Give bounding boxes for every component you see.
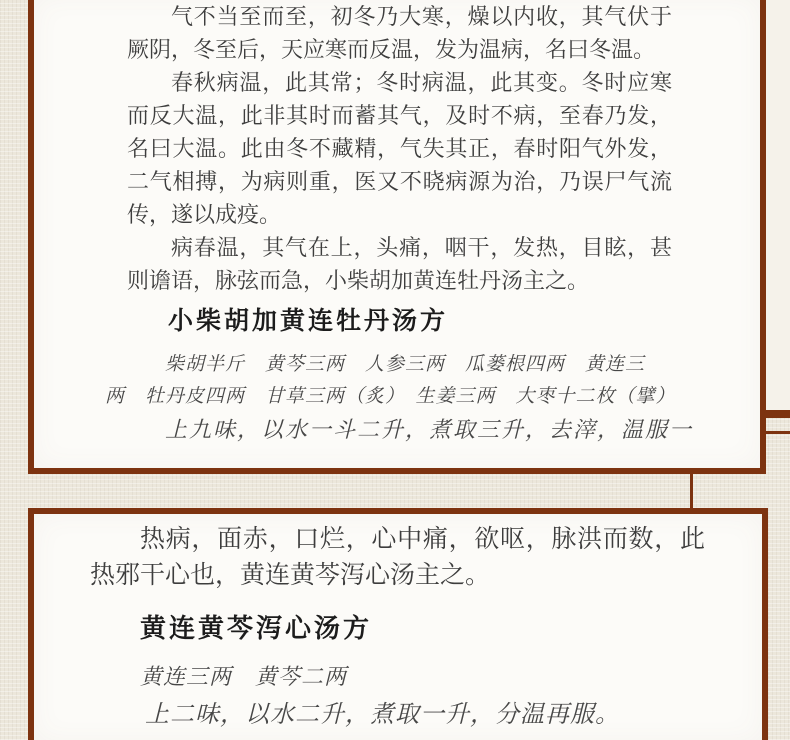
body-text-line: 传，遂以成疫。 (127, 198, 672, 231)
body-text-line: 热邪干心也，黄连黄芩泻心汤主之。 (90, 558, 705, 594)
formula-heading: 小柴胡加黄连牡丹汤方 (168, 301, 448, 337)
body-text-block: 气不当至而至，初冬乃大寒，燥以内收，其气伏于 厥阴，冬至后，天应寒而反温，发为温… (127, 0, 672, 297)
book-product-photo: 气不当至而至，初冬乃大寒，燥以内收，其气伏于 厥阴，冬至后，天应寒而反温，发为温… (0, 0, 790, 740)
formula-heading: 黄连黄芩泻心汤方 (140, 608, 372, 645)
formula-ingredients-line: 黄连三两 黄芩二两 (140, 660, 347, 691)
formula-ingredients-line: 柴胡半斤 黄芩三两 人参三两 瓜蒌根四两 黄连三 (165, 349, 645, 376)
frame-line-horizontal-thick (764, 410, 790, 418)
book-page-bottom: 热病，面赤，口烂，心中痛，欲呕，脉洪而数，此 热邪干心也，黄连黄芩泻心汤主之。 … (28, 508, 768, 740)
background-light-strip (766, 0, 790, 412)
frame-line-horizontal-thin (766, 431, 790, 434)
screenshot-root: { "colors": { "frame_brown": "#7d3310", … (0, 0, 790, 740)
body-text-line: 二气相搏，为病则重，医又不晓病源为治，乃误尸气流 (127, 165, 672, 198)
body-text-line: 名曰大温。此由冬不藏精，气失其正，春时阳气外发， (127, 132, 672, 165)
formula-usage-line: 上二味，以水二升，煮取一升，分温再服。 (145, 694, 620, 729)
book-page-top: 气不当至而至，初冬乃大寒，燥以内收，其气伏于 厥阴，冬至后，天应寒而反温，发为温… (28, 0, 766, 474)
body-text-line: 则谵语，脉弦而急，小柴胡加黄连牡丹汤主之。 (127, 264, 672, 297)
formula-ingredients-line: 两 牡丹皮四两 甘草三两（炙） 生姜三两 大枣十二枚（擘） (105, 381, 676, 408)
body-text-line: 而反大温，此非其时而蓄其气，及时不病，至春乃发， (127, 99, 672, 132)
body-text-line: 厥阴，冬至后，天应寒而反温，发为温病，名曰冬温。 (127, 33, 672, 66)
frame-line-vertical-gap (690, 472, 693, 510)
body-text-block: 热病，面赤，口烂，心中痛，欲呕，脉洪而数，此 热邪干心也，黄连黄芩泻心汤主之。 (90, 522, 705, 594)
formula-usage-line: 上九味，以水一斗二升，煮取三升，去滓，温服一 (165, 413, 693, 444)
body-text-line: 气不当至而至，初冬乃大寒，燥以内收，其气伏于 (127, 0, 672, 33)
body-text-line: 病春温，其气在上，头痛，咽干，发热，目眩，甚 (127, 231, 672, 264)
body-text-line: 春秋病温，此其常；冬时病温，此其变。冬时应寒 (127, 66, 672, 99)
body-text-line: 热病，面赤，口烂，心中痛，欲呕，脉洪而数，此 (90, 522, 705, 558)
